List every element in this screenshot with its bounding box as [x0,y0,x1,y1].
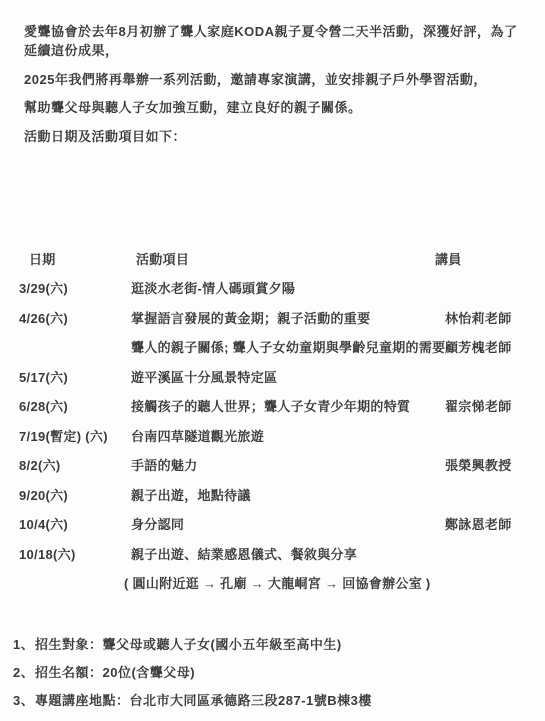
table-row: 7/19(暫定) (六) 台南四草隧道觀光旅遊 [0,429,545,459]
intro-section: 愛聾協會於去年8月初辦了聾人家庭KODA親子夏令營二天半活動，深獲好評，為了延續… [0,0,545,146]
date-cell: 3/29(六) [19,281,125,297]
date-cell: 8/2(六) [19,458,125,474]
table-row: 9/20(六) 親子出遊，地點待議 [0,488,545,518]
lecturer-cell: 鄭詠恩老師 [433,517,545,533]
note-item: 2、 招生名額：20位(含聾父母) [0,664,545,681]
table-row: 10/4(六) 身分認同 鄭詠恩老師 [0,517,545,547]
intro-paragraph-4: 活動日期及活動項目如下： [24,127,527,146]
notes-section: 1、 招生對象：聾父母或聽人子女(國小五年級至高中生) 2、 招生名額：20位(… [0,636,545,709]
date-cell: 5/17(六) [19,370,125,386]
note-number: 2、 [13,664,35,681]
date-cell: 9/20(六) [19,488,125,504]
intro-paragraph-2: 2025年我們將再舉辦一系列活動，邀請專家演講，並安排親子戶外學習活動， [24,70,527,89]
column-header-date: 日期 [19,252,125,268]
intro-paragraph-3: 幫助聾父母與聽人子女加強互動，建立良好的親子關係。 [24,98,527,117]
activity-cell: 掌握語言發展的黃金期；親子活動的重要 [125,311,433,327]
document-page: 愛聾協會於去年8月初辦了聾人家庭KODA親子夏令營二天半活動，深獲好評，為了延續… [0,0,545,721]
lecturer-cell: 顧芳槐老師 [433,340,545,356]
intro-paragraph-1: 愛聾協會於去年8月初辦了聾人家庭KODA親子夏令營二天半活動，深獲好評，為了延續… [24,22,527,60]
date-cell: 7/19(暫定) (六) [19,429,125,445]
column-header-activity: 活動項目 [125,252,433,268]
note-item: 1、 招生對象：聾父母或聽人子女(國小五年級至高中生) [0,636,545,653]
lecturer-cell: 林怡莉老師 [433,311,545,327]
lecturer-cell: 翟宗悌老師 [433,399,545,415]
schedule-header-row: 日期 活動項目 講員 [0,252,545,282]
activity-route-cell: ( 圓山附近逛 → 孔廟 → 大龍峒宮 → 回協會辦公室 ) [118,576,433,592]
table-row: 5/17(六) 遊平溪區十分風景特定區 [0,370,545,400]
lecturer-cell: 張榮興教授 [433,458,545,474]
activity-cell: 逛淡水老街-情人碼頭賞夕陽 [125,281,433,297]
activity-cell: 接觸孩子的聽人世界；聾人子女青少年期的特質 [125,399,433,415]
note-text: 招生名額：20位(含聾父母) [35,664,545,681]
note-item: 3、 專題講座地點：台北市大同區承德路三段287-1號B棟3樓 [0,692,545,709]
table-row: 10/18(六) 親子出遊、結業感恩儀式、餐敘與分享 [0,547,545,577]
activity-cell: 親子出遊，地點待議 [125,488,433,504]
activity-cell: 聾人的親子關係; 聾人子女幼童期與學齡兒童期的需要 [125,340,433,356]
activity-cell: 遊平溪區十分風景特定區 [125,370,433,386]
activity-cell: 台南四草隧道觀光旅遊 [125,429,433,445]
column-header-lecturer: 講員 [433,252,545,268]
date-cell: 4/26(六) [19,311,125,327]
date-cell: 10/18(六) [19,547,125,563]
table-row: 4/26(六) 掌握語言發展的黃金期；親子活動的重要 林怡莉老師 [0,311,545,341]
note-text: 招生對象：聾父母或聽人子女(國小五年級至高中生) [35,636,545,653]
activity-cell: 親子出遊、結業感恩儀式、餐敘與分享 [125,547,433,563]
activity-cell: 身分認同 [125,517,433,533]
table-row: 3/29(六) 逛淡水老街-情人碼頭賞夕陽 [0,281,545,311]
date-cell: 10/4(六) [19,517,125,533]
activity-cell: 手語的魅力 [125,458,433,474]
table-row: 6/28(六) 接觸孩子的聽人世界；聾人子女青少年期的特質 翟宗悌老師 [0,399,545,429]
schedule-table: 日期 活動項目 講員 3/29(六) 逛淡水老街-情人碼頭賞夕陽 4/26(六)… [0,252,545,606]
note-number: 1、 [13,636,35,653]
note-text: 專題講座地點：台北市大同區承德路三段287-1號B棟3樓 [35,692,545,709]
note-number: 3、 [13,692,35,709]
table-row: ( 圓山附近逛 → 孔廟 → 大龍峒宮 → 回協會辦公室 ) [0,576,545,606]
date-cell: 6/28(六) [19,399,125,415]
table-row: 8/2(六) 手語的魅力 張榮興教授 [0,458,545,488]
table-row: 聾人的親子關係; 聾人子女幼童期與學齡兒童期的需要 顧芳槐老師 [0,340,545,370]
